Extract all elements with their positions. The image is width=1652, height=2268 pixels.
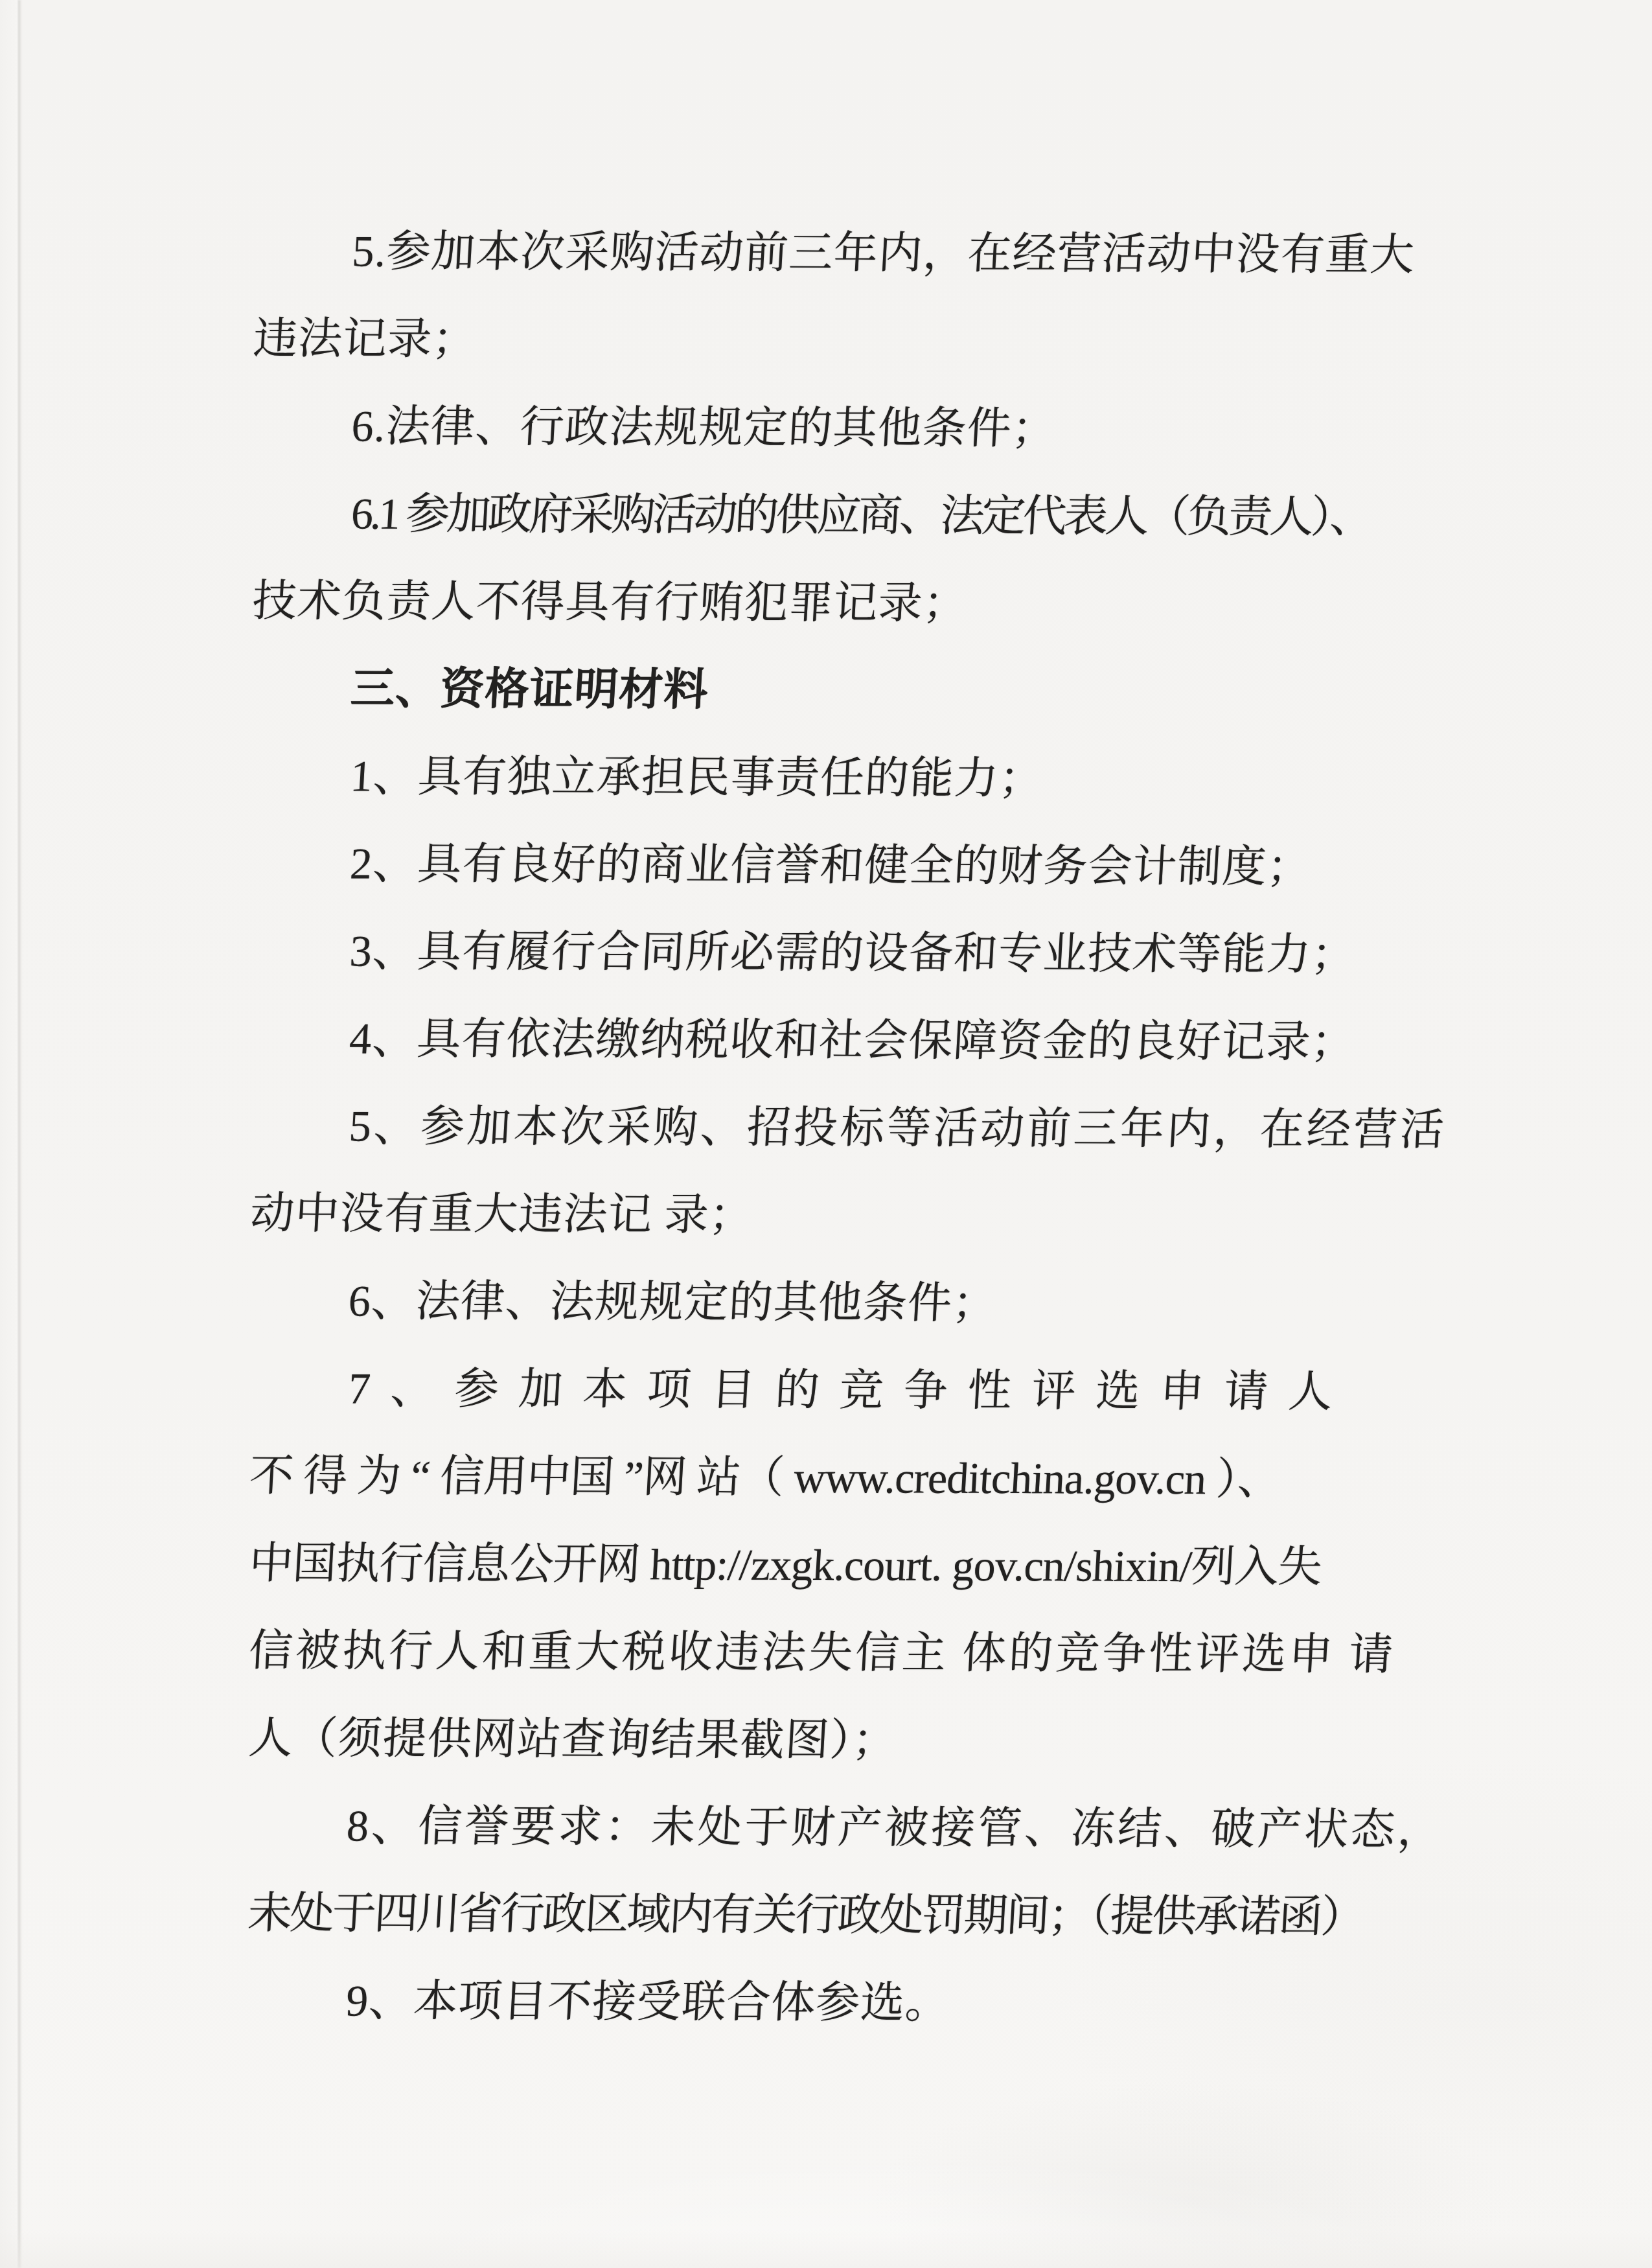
- document-line: 6.法律、行政法规规定的其他条件；: [251, 382, 1416, 474]
- document-line: 信被执行人和重大税收违法失信主 体的竞争性评选申 请: [246, 1607, 1411, 1698]
- document-line: 8、信誉要求：未处于财产被接管、冻结、破产状态，: [246, 1782, 1411, 1873]
- document-line: 2、具有良好的商业信誉和健全的财务会计制度；: [249, 820, 1414, 911]
- document-line: 不 得 为 “ 信用中国 ”网 站（ www.creditchina.gov.c…: [247, 1432, 1412, 1523]
- document-line: 4、具有依法缴纳税收和社会保障资金的良好记录；: [249, 995, 1414, 1086]
- document-line: 动中没有重大违法记 录；: [248, 1170, 1413, 1261]
- document-line: 技术负责人不得具有行贿犯罪记录；: [250, 557, 1415, 649]
- document-line: 9、本项目不接受联合体参选。: [246, 1957, 1410, 2048]
- document-line: 违法记录；: [251, 295, 1416, 386]
- document-line: 1、具有独立承担民事责任的能力；: [249, 732, 1414, 824]
- scan-left-edge-seam: [18, 0, 21, 2268]
- section-heading: 三、资格证明材料: [250, 645, 1415, 736]
- document-line: 7、参加本项目的竞争性评选申请人: [247, 1345, 1412, 1436]
- document-line: 未处于四川省行政区域内有关行政处罚期间；（提供承诺函）: [246, 1869, 1410, 1961]
- document-line: 中国执行信息公开网 http://zxgk.court. gov.cn/shix…: [247, 1520, 1412, 1611]
- document-line: 5.参加本次采购活动前三年内，在经营活动中没有重大: [251, 207, 1416, 299]
- scanned-document-page: 5.参加本次采购活动前三年内，在经营活动中没有重大 违法记录； 6.法律、行政法…: [0, 0, 1652, 2268]
- document-line: 3、具有履行合同所必需的设备和专业技术等能力；: [249, 907, 1414, 999]
- document-text: 5.参加本次采购活动前三年内，在经营活动中没有重大 违法记录； 6.法律、行政法…: [247, 207, 1414, 2048]
- document-line: 人（须提供网站查询结果截图）；: [246, 1695, 1411, 1786]
- scan-bottom-shading: [0, 2229, 1652, 2268]
- scan-left-edge-strip: [0, 0, 18, 2268]
- document-line: 6.1 参加政府采购活动的供应商、法定代表人（负责人）、: [251, 470, 1416, 561]
- document-line: 5、参加本次采购、招投标等活动前三年内，在经营活: [248, 1082, 1413, 1174]
- document-line: 6、法律、法规规定的其他条件；: [247, 1257, 1412, 1348]
